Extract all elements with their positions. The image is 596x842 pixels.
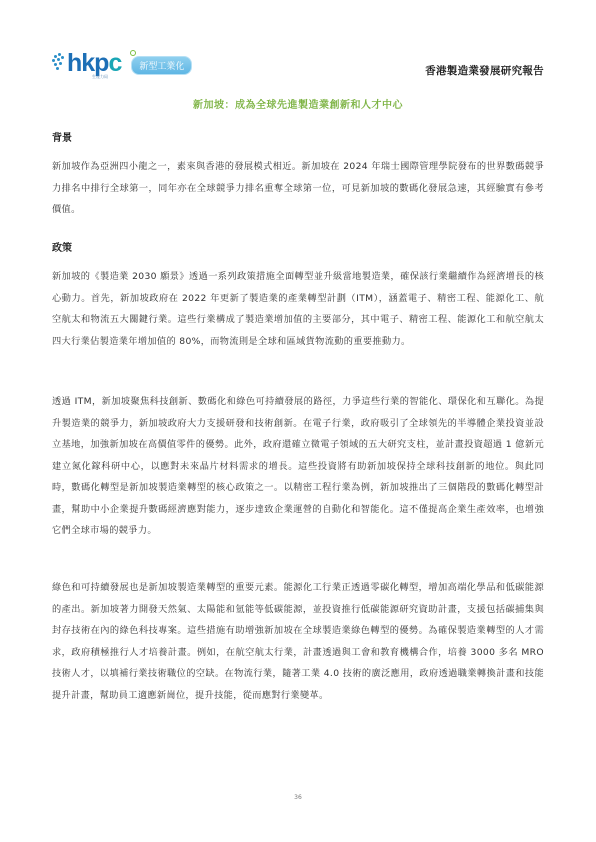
report-title: 香港製造業發展研究報告 — [425, 63, 544, 78]
paragraph-policy-1: 新加坡的《製造業 2030 願景》透過一系列政策措施全面轉型並升級當地製造業，確… — [52, 266, 544, 352]
page-title: 新加坡：成為全球先進製造業創新和人才中心 — [0, 96, 596, 111]
registered-mark-icon — [130, 50, 136, 56]
section-heading-policy: 政策 — [52, 239, 72, 254]
paragraph-policy-3: 綠色和可持續發展也是新加坡製造業轉型的重要元素。能源化工行業正透過零碳化轉型，增… — [52, 577, 544, 706]
logo-subtext: 生產力局 — [92, 74, 108, 80]
page-number: 36 — [0, 794, 596, 801]
page-header: hkpc 生產力局 新型工業化 香港製造業發展研究報告 — [52, 50, 544, 84]
logo-dots-icon — [52, 53, 66, 73]
document-page: hkpc 生產力局 新型工業化 香港製造業發展研究報告 新加坡：成為全球先進製造… — [0, 0, 596, 842]
hkpc-logo: hkpc 生產力局 新型工業化 — [52, 50, 192, 75]
logo-text: hkpc — [67, 51, 121, 75]
paragraph-background: 新加坡作為亞洲四小龍之一，素來與香港的發展模式相近。新加坡在 2024 年瑞士國… — [52, 156, 544, 221]
logo-badge: 新型工業化 — [131, 56, 192, 75]
section-heading-background: 背景 — [52, 129, 72, 144]
paragraph-policy-2: 透過 ITM，新加坡聚焦科技創新、數碼化和綠色可持續發展的路徑，力爭這些行業的智… — [52, 391, 544, 542]
